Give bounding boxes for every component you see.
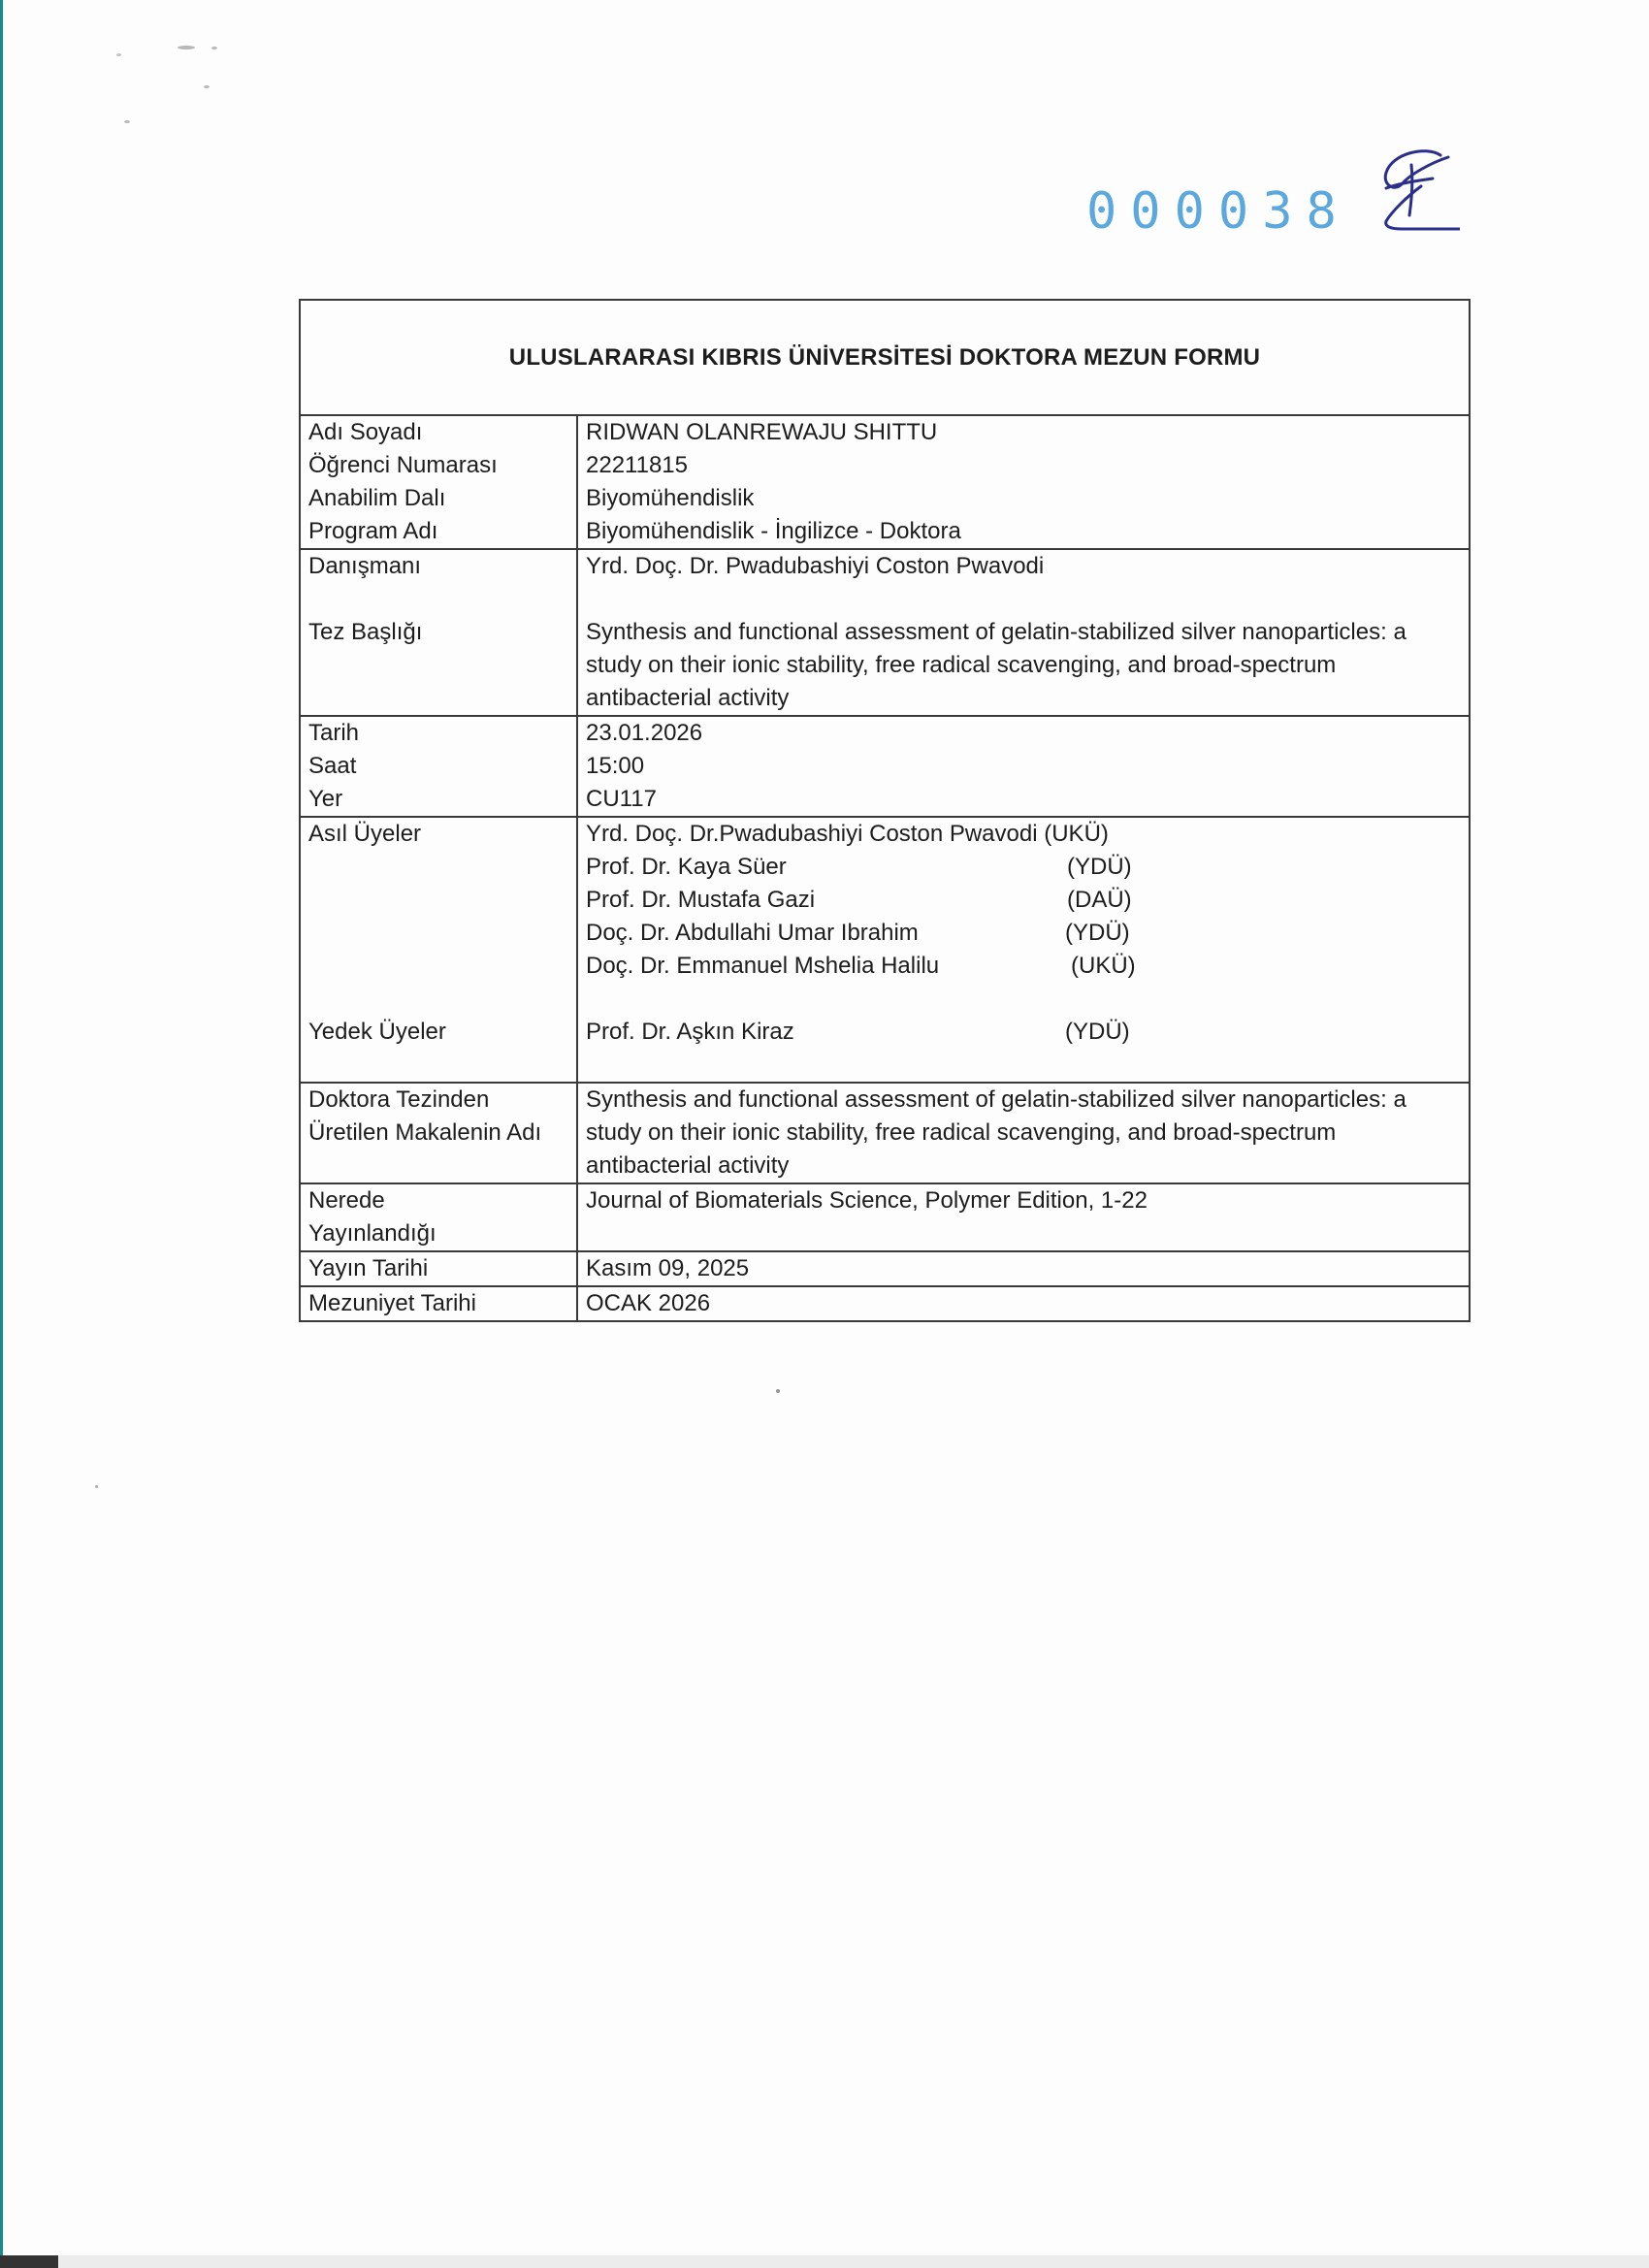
article-label-cell: Doktora Tezinden Üretilen Makalenin Adı: [300, 1083, 577, 1183]
publication-date-row: Yayın Tarihi Kasım 09, 2025: [300, 1251, 1470, 1286]
label-article-line2: Üretilen Makalenin Adı: [308, 1117, 568, 1150]
label-publication-date: Yayın Tarihi: [300, 1251, 577, 1286]
member-name: Prof. Dr. Kaya Süer: [586, 851, 1067, 884]
label-date: Tarih: [308, 717, 568, 750]
label-student-number: Öğrenci Numarası: [308, 449, 568, 482]
published-in-label-cell: Nerede Yayınlandığı: [300, 1183, 577, 1251]
published-in-value-cell: Journal of Biomaterials Science, Polymer…: [577, 1183, 1470, 1251]
label-graduation-date: Mezuniyet Tarihi: [300, 1286, 577, 1321]
committee-member: Doç. Dr. Abdullahi Umar Ibrahim(YDÜ): [586, 917, 1461, 950]
label-substitute-members: Yedek Üyeler: [308, 1016, 568, 1049]
student-number: 22211815: [586, 449, 1461, 482]
defense-labels-cell: Tarih Saat Yer: [300, 716, 577, 817]
committee-row: Asıl Üyeler Yedek Üyeler Yrd. Doç. Dr.Pw…: [300, 817, 1470, 1083]
advisor-name: Yrd. Doç. Dr. Pwadubashiyi Coston Pwavod…: [586, 550, 1461, 583]
publication-date: Kasım 09, 2025: [577, 1251, 1470, 1286]
member-name: Doç. Dr. Abdullahi Umar Ibrahim: [586, 917, 1065, 950]
defense-date: 23.01.2026: [586, 717, 1461, 750]
scan-edge: [0, 0, 3, 2268]
article-title: Synthesis and functional assessment of g…: [586, 1084, 1461, 1183]
scan-bottom-band: [58, 2255, 1649, 2268]
program: Biyomühendislik - İngilizce - Doktora: [586, 515, 1461, 548]
defense-location: CU117: [586, 783, 1461, 816]
label-location: Yer: [308, 783, 568, 816]
defense-info-row: Tarih Saat Yer 23.01.2026 15:00 CU117: [300, 716, 1470, 817]
member-institution: (UKÜ): [1071, 950, 1136, 983]
article-value-cell: Synthesis and functional assessment of g…: [577, 1083, 1470, 1183]
label-published-in-line2: Yayınlandığı: [308, 1217, 568, 1250]
scan-speck: [204, 85, 210, 88]
form-title-row: ULUSLARARASI KIBRIS ÜNİVERSİTESİ DOKTORA…: [300, 300, 1470, 415]
department: Biyomühendislik: [586, 482, 1461, 515]
graduation-date-row: Mezuniyet Tarihi OCAK 2026: [300, 1286, 1470, 1321]
scan-speck: [124, 120, 130, 123]
committee-values-cell: Yrd. Doç. Dr.Pwadubashiyi Coston Pwavodi…: [577, 817, 1470, 1083]
student-labels-cell: Adı Soyadı Öğrenci Numarası Anabilim Dal…: [300, 415, 577, 549]
label-time: Saat: [308, 750, 568, 783]
label-department: Anabilim Dalı: [308, 482, 568, 515]
committee-member: Prof. Dr. Kaya Süer(YDÜ): [586, 851, 1461, 884]
member-name: Prof. Dr. Aşkın Kiraz: [586, 1016, 1065, 1049]
graduation-form-table: ULUSLARARASI KIBRIS ÜNİVERSİTESİ DOKTORA…: [299, 299, 1471, 1322]
student-values-cell: RIDWAN OLANREWAJU SHITTU 22211815 Biyomü…: [577, 415, 1470, 549]
member-name: Yrd. Doç. Dr.Pwadubashiyi Coston Pwavodi: [586, 818, 1038, 851]
scan-speck: [776, 1389, 780, 1393]
member-institution: (DAÜ): [1067, 884, 1132, 917]
journal-name: Journal of Biomaterials Science, Polymer…: [586, 1184, 1461, 1217]
label-name: Adı Soyadı: [308, 416, 568, 449]
member-institution: (YDÜ): [1067, 851, 1132, 884]
defense-values-cell: 23.01.2026 15:00 CU117: [577, 716, 1470, 817]
advisor-thesis-values-cell: Yrd. Doç. Dr. Pwadubashiyi Coston Pwavod…: [577, 549, 1470, 716]
substitute-member: Prof. Dr. Aşkın Kiraz(YDÜ): [586, 1016, 1461, 1049]
committee-member: Yrd. Doç. Dr.Pwadubashiyi Coston Pwavodi…: [586, 818, 1461, 851]
committee-member: Doç. Dr. Emmanuel Mshelia Halilu(UKÜ): [586, 950, 1461, 983]
label-article-line1: Doktora Tezinden: [308, 1084, 568, 1117]
label-thesis-title: Tez Başlığı: [308, 616, 568, 649]
form-title: ULUSLARARASI KIBRIS ÜNİVERSİTESİ DOKTORA…: [300, 300, 1470, 415]
member-institution: (YDÜ): [1065, 917, 1130, 950]
member-institution: (YDÜ): [1065, 1016, 1130, 1049]
signature-icon: [1373, 144, 1460, 241]
committee-labels-cell: Asıl Üyeler Yedek Üyeler: [300, 817, 577, 1083]
label-advisor: Danışmanı: [308, 550, 568, 583]
published-in-row: Nerede Yayınlandığı Journal of Biomateri…: [300, 1183, 1470, 1251]
student-name: RIDWAN OLANREWAJU SHITTU: [586, 416, 1461, 449]
scan-speck: [178, 46, 195, 49]
member-institution: (UKÜ): [1044, 818, 1109, 851]
thesis-title: Synthesis and functional assessment of g…: [586, 616, 1461, 715]
document-number-stamp: 000038: [1086, 182, 1350, 241]
graduation-date: OCAK 2026: [577, 1286, 1470, 1321]
scan-speck: [116, 53, 121, 56]
advisor-thesis-labels-cell: Danışmanı Tez Başlığı: [300, 549, 577, 716]
committee-member: Prof. Dr. Mustafa Gazi(DAÜ): [586, 884, 1461, 917]
student-info-row: Adı Soyadı Öğrenci Numarası Anabilim Dal…: [300, 415, 1470, 549]
member-name: Prof. Dr. Mustafa Gazi: [586, 884, 1067, 917]
article-row: Doktora Tezinden Üretilen Makalenin Adı …: [300, 1083, 1470, 1183]
advisor-thesis-row: Danışmanı Tez Başlığı Yrd. Doç. Dr. Pwad…: [300, 549, 1470, 716]
defense-time: 15:00: [586, 750, 1461, 783]
scan-edge-corner: [0, 2255, 58, 2268]
scan-speck: [211, 47, 217, 49]
label-published-in-line1: Nerede: [308, 1184, 568, 1217]
label-main-members: Asıl Üyeler: [308, 818, 568, 851]
label-program: Program Adı: [308, 515, 568, 548]
member-name: Doç. Dr. Emmanuel Mshelia Halilu: [586, 950, 1071, 983]
scan-speck: [95, 1485, 98, 1488]
